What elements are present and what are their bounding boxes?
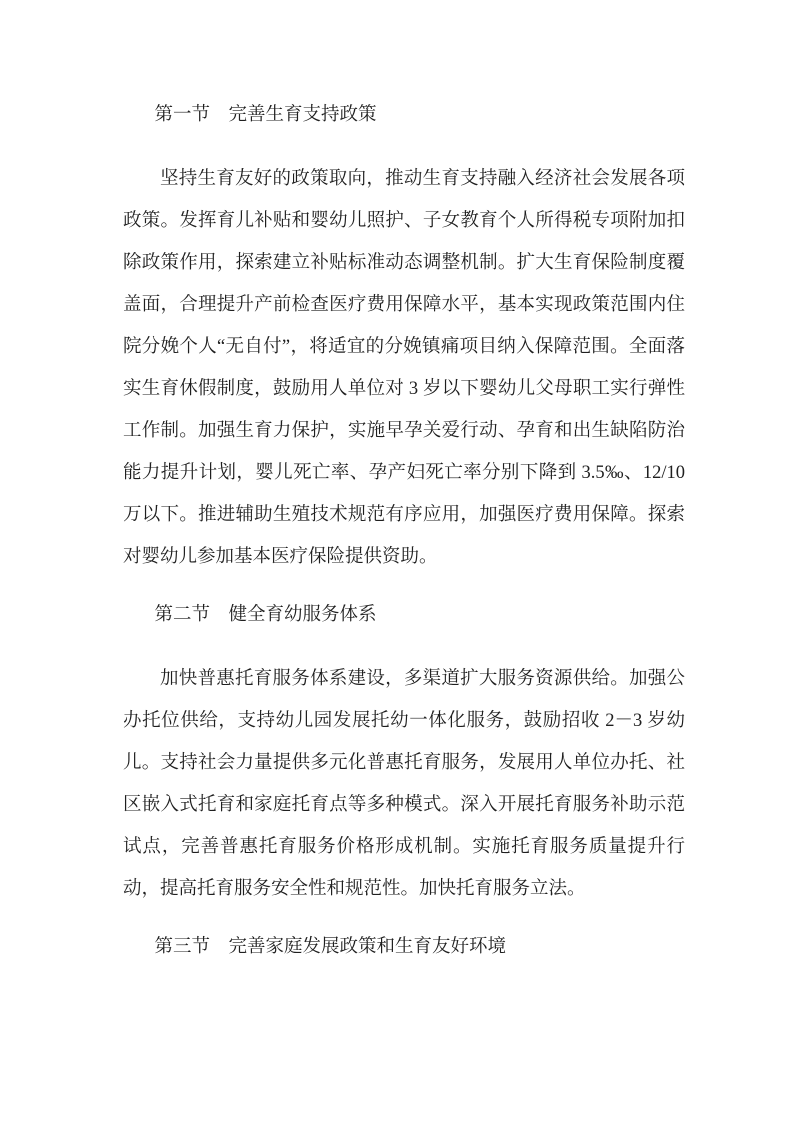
section-2-paragraph: 加快普惠托育服务体系建设，多渠道扩大服务资源供给。加强公办托位供给，支持幼儿园发…	[123, 658, 685, 910]
section-2-heading: 第二节 健全育幼服务体系	[123, 594, 685, 636]
section-fertility-support-policy: 第一节 完善生育支持政策 坚持生育友好的政策取向，推动生育支持融入经济社会发展各…	[123, 94, 685, 578]
document-page: 第一节 完善生育支持政策 坚持生育友好的政策取向，推动生育支持融入经济社会发展各…	[0, 0, 793, 1122]
section-1-heading: 第一节 完善生育支持政策	[123, 94, 685, 136]
section-3-heading: 第三节 完善家庭发展政策和生育友好环境	[123, 926, 685, 968]
section-family-development-policy: 第三节 完善家庭发展政策和生育友好环境	[123, 926, 685, 968]
section-childcare-service-system: 第二节 健全育幼服务体系 加快普惠托育服务体系建设，多渠道扩大服务资源供给。加强…	[123, 594, 685, 910]
section-1-paragraph: 坚持生育友好的政策取向，推动生育支持融入经济社会发展各项政策。发挥育儿补贴和婴幼…	[123, 158, 685, 578]
